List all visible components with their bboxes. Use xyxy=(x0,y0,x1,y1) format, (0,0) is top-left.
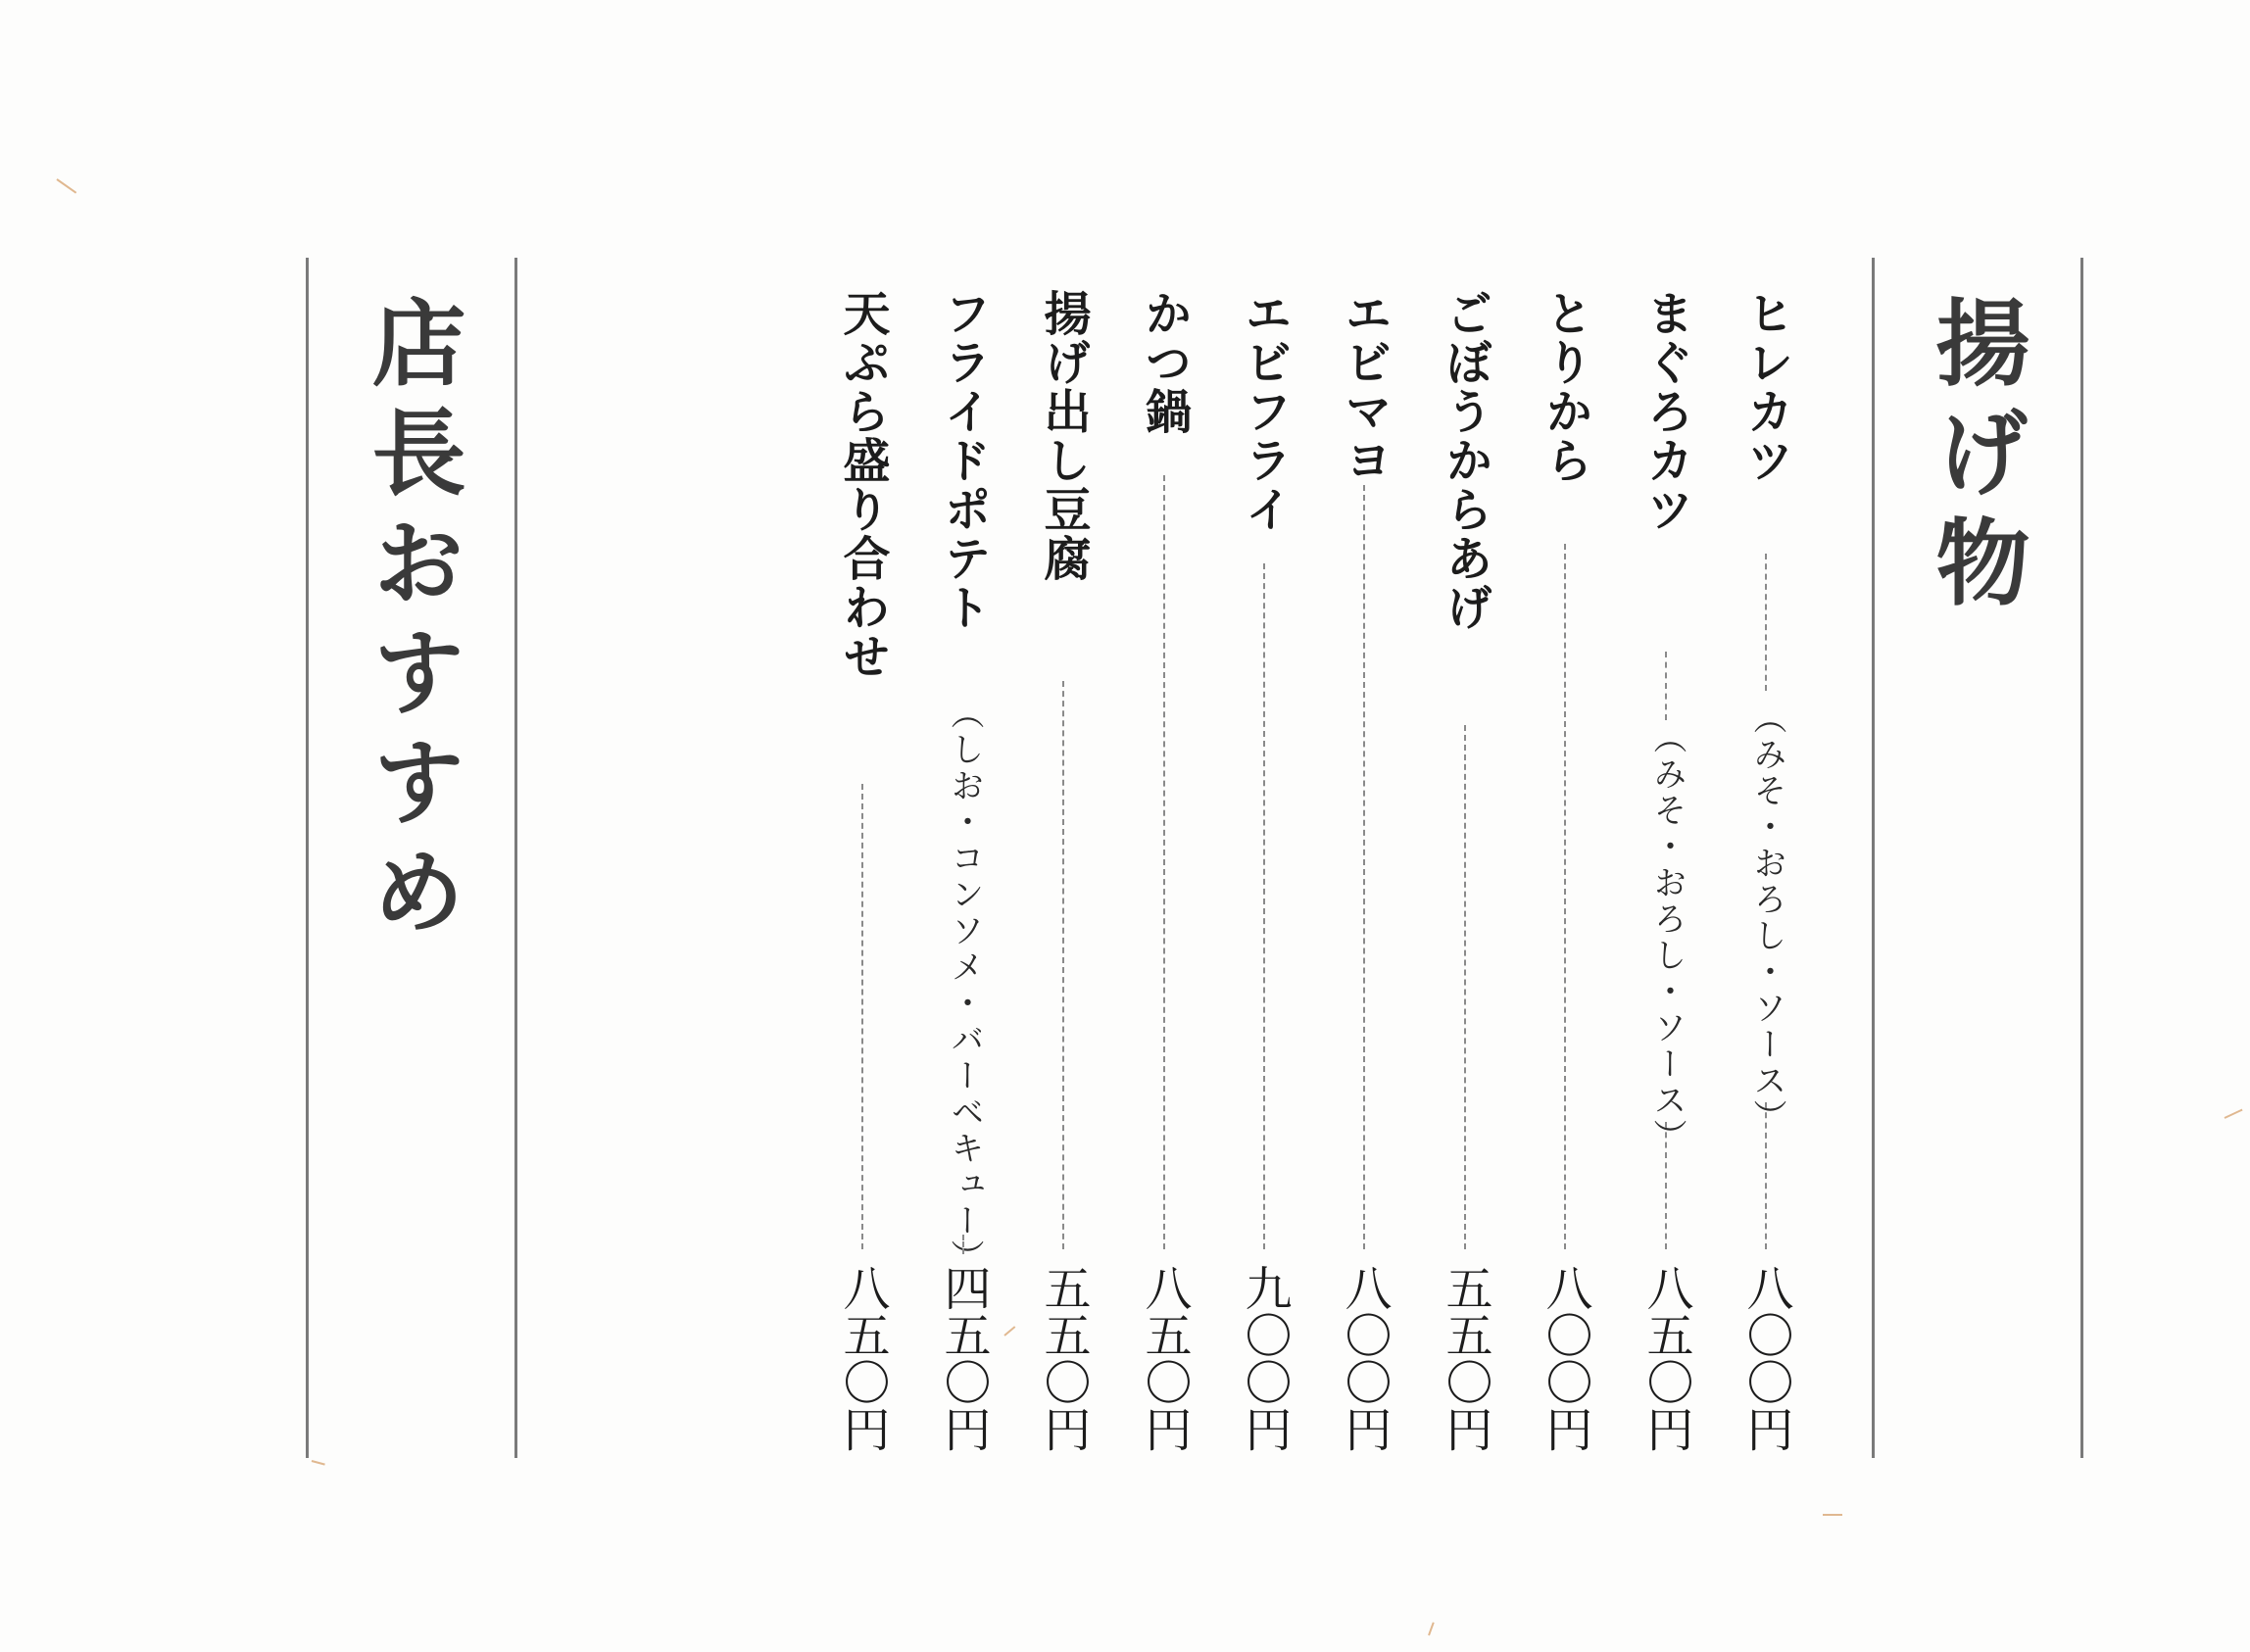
dotted-leader xyxy=(1765,1102,1767,1249)
menu-item-name: ヒレカツ xyxy=(1742,289,1789,485)
dotted-leader xyxy=(1263,563,1265,1249)
menu-item-price: 八五〇円 xyxy=(838,1264,887,1452)
menu-item-price: 八〇〇円 xyxy=(1541,1264,1590,1452)
recommend-rule-left xyxy=(306,258,309,1458)
dotted-leader xyxy=(1464,725,1466,1249)
dotted-leader xyxy=(1765,554,1767,691)
menu-item-name: ごぼうからあげ xyxy=(1442,289,1489,632)
paper-fleck xyxy=(1823,1514,1842,1516)
menu-item-name: フライドポテト xyxy=(940,289,987,632)
menu-item: 天ぷら盛り合わせ八五〇円 xyxy=(833,289,892,1460)
menu-item-name: 天ぷら盛り合わせ xyxy=(839,289,886,681)
menu-item: フライドポテト（しお・コンソメ・バーベキュー）四五〇円 xyxy=(934,289,993,1460)
recommend-title: 店長おすすめ xyxy=(365,294,459,952)
menu-item-price: 四五〇円 xyxy=(939,1264,988,1452)
dotted-leader xyxy=(1163,475,1165,1249)
menu-item-name: かつ鍋 xyxy=(1141,289,1188,436)
dotted-leader xyxy=(962,1235,964,1254)
dotted-leader xyxy=(1665,652,1667,720)
paper-fleck xyxy=(56,178,76,193)
menu-item-name: 揚げ出し豆腐 xyxy=(1040,289,1087,583)
menu-item-price: 八五〇円 xyxy=(1641,1264,1690,1452)
menu-item: かつ鍋八五〇円 xyxy=(1135,289,1194,1460)
dotted-leader xyxy=(1564,544,1566,1249)
section-rule-left xyxy=(1872,258,1875,1458)
menu-item-price: 八五〇円 xyxy=(1140,1264,1189,1452)
menu-item: とりから八〇〇円 xyxy=(1536,289,1594,1460)
menu-item-name: エビマヨ xyxy=(1341,289,1388,485)
dotted-leader xyxy=(861,784,863,1249)
menu-item-name: まぐろカツ xyxy=(1642,289,1689,534)
menu-item-name: とりから xyxy=(1541,289,1589,485)
section-rule-right xyxy=(2080,258,2083,1458)
menu-item-name: エビフライ xyxy=(1241,289,1288,534)
menu-item-price: 五五〇円 xyxy=(1441,1264,1490,1452)
menu-item: ごぼうからあげ五五〇円 xyxy=(1436,289,1494,1460)
menu-item-options: （みそ・おろし・ソース） xyxy=(1650,720,1684,1155)
menu-item-price: 八〇〇円 xyxy=(1741,1264,1790,1452)
menu-item: エビマヨ八〇〇円 xyxy=(1335,289,1394,1460)
section-title: 揚げ物 xyxy=(1929,294,2023,623)
menu-item-options: （みそ・おろし・ソース） xyxy=(1750,701,1784,1136)
dotted-leader xyxy=(1363,485,1365,1249)
menu-item-options: （しお・コンソメ・バーベキュー） xyxy=(948,696,981,1276)
dotted-leader xyxy=(1665,1122,1667,1249)
menu-item-price: 九〇〇円 xyxy=(1240,1264,1289,1452)
menu-item-price: 五五〇円 xyxy=(1039,1264,1088,1452)
paper-fleck xyxy=(1003,1326,1015,1336)
paper-fleck xyxy=(1428,1623,1435,1636)
menu-item: ヒレカツ（みそ・おろし・ソース）八〇〇円 xyxy=(1736,289,1795,1460)
paper-fleck xyxy=(2225,1109,2243,1119)
paper-fleck xyxy=(312,1460,325,1466)
menu-item: 揚げ出し豆腐五五〇円 xyxy=(1034,289,1093,1460)
dotted-leader xyxy=(1062,681,1064,1249)
menu-item-price: 八〇〇円 xyxy=(1340,1264,1389,1452)
menu-item: まぐろカツ（みそ・おろし・ソース）八五〇円 xyxy=(1637,289,1695,1460)
menu-item: エビフライ九〇〇円 xyxy=(1235,289,1294,1460)
recommend-rule-right xyxy=(514,258,517,1458)
